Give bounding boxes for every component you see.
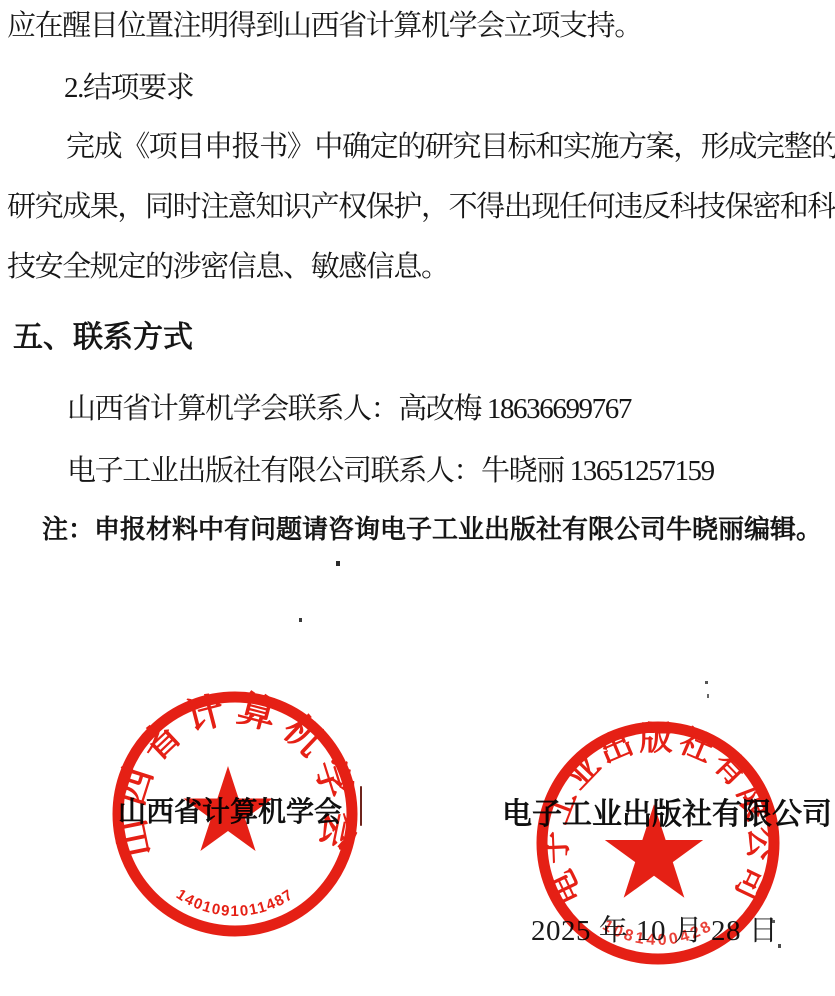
note-line: 注：申报材料中有问题请咨询电子工业出版社有限公司牛晓丽编辑。 xyxy=(42,516,822,542)
left-official-seal: 山西省计算机学会 1401091011487 xyxy=(105,684,365,944)
scan-artifact-dot xyxy=(772,920,775,923)
left-seal-serial-number: 1401091011487 xyxy=(173,886,297,920)
scan-artifact-dot xyxy=(778,944,781,948)
svg-text:1401091011487: 1401091011487 xyxy=(173,886,297,920)
right-seal-serial-number: 1081400428 xyxy=(600,917,717,949)
item-heading-2: 2.结项要求 xyxy=(64,74,193,103)
body-line-1: 完成《项目申报书》中确定的研究目标和实施方案，形成完整的 xyxy=(66,133,835,162)
scan-artifact-dot xyxy=(705,681,708,684)
svg-text:电子工业出版社有限公司: 电子工业出版社有限公司 xyxy=(535,719,780,910)
right-seal-arc-text: 电子工业出版社有限公司 xyxy=(535,719,780,910)
left-seal-star xyxy=(183,766,272,851)
right-seal-star xyxy=(605,804,703,898)
scan-artifact-dot xyxy=(299,618,302,622)
right-official-seal: 电子工业出版社有限公司 1081400428 xyxy=(528,713,788,973)
body-line-2: 研究成果，同时注意知识产权保护，不得出现任何违反科技保密和科 xyxy=(7,193,835,222)
section-heading-contact: 五、联系方式 xyxy=(13,323,193,353)
scan-artifact-dot xyxy=(336,561,340,566)
document-page: 应在醒目位置注明得到山西省计算机学会立项支持。 2.结项要求 完成《项目申报书》… xyxy=(0,0,835,996)
contact-line-2: 电子工业出版社有限公司联系人：牛晓丽 13651257159 xyxy=(67,457,714,486)
contact-line-1: 山西省计算机学会联系人：高改梅 18636699767 xyxy=(67,395,631,424)
scan-artifact-vertical-stroke xyxy=(360,786,362,826)
svg-text:1081400428: 1081400428 xyxy=(600,917,717,949)
paragraph-line-1: 应在醒目位置注明得到山西省计算机学会立项支持。 xyxy=(7,12,642,41)
scan-artifact-dot xyxy=(707,694,709,698)
body-line-3: 技安全规定的涉密信息、敏感信息。 xyxy=(7,253,449,282)
